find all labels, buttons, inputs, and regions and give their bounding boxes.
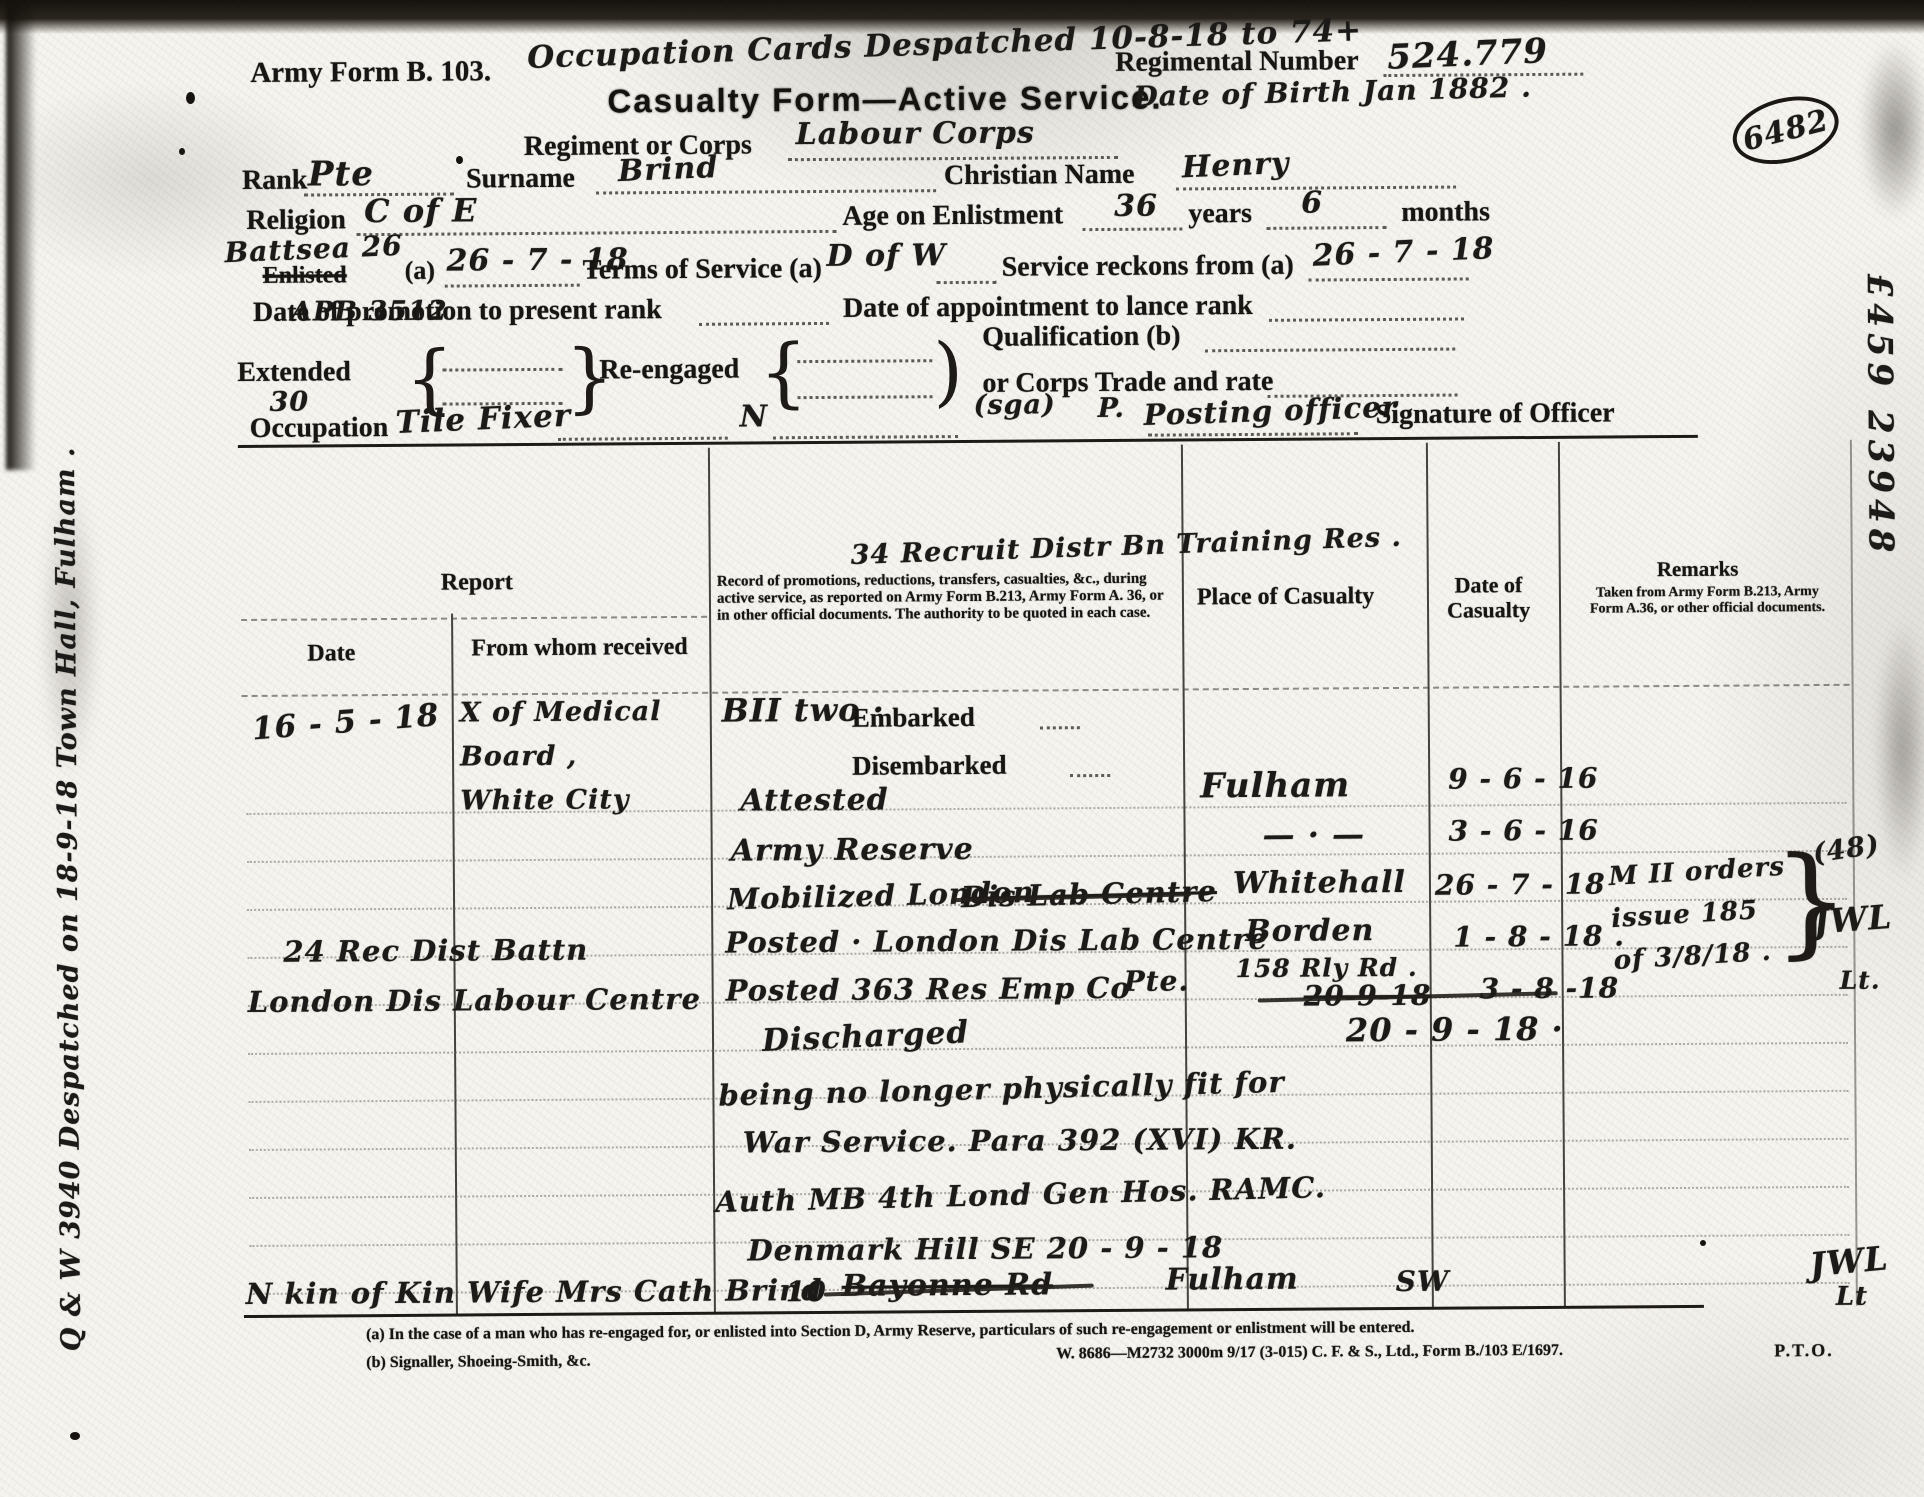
posted1-date: 1 - 8 - 18 .: [1453, 919, 1625, 953]
embarked-label: Embarked: [852, 702, 975, 734]
from2-line2: London Dis Labour Centre: [248, 982, 701, 1019]
dotted-leader: [1269, 316, 1464, 321]
christian-name-label: Christian Name: [944, 159, 1135, 192]
lance-rank-label: Date of appointment to lance rank: [843, 290, 1253, 325]
reason-line1: being no longer physically fit for: [718, 1065, 1285, 1113]
age-on-enlistment-label: Age on Enlistment: [842, 199, 1063, 233]
christian-name-value: Henry: [1181, 146, 1290, 185]
row1-from: X of Medical Board , White City: [460, 690, 663, 823]
row-rule: [248, 1042, 1848, 1055]
stamp-6482: 6482: [1725, 86, 1846, 175]
posted1-place: Borden: [1245, 913, 1374, 949]
nok-part2: Fulham: [1166, 1262, 1299, 1298]
age-months-value: 6: [1301, 185, 1323, 220]
dotted-leader: [1148, 431, 1358, 436]
right-margin-note: £459 23948: [1859, 273, 1903, 793]
date-casualty-column-header: Date of Casualty: [1447, 572, 1530, 623]
rank-label: Rank: [242, 165, 308, 197]
dotted-leader: [937, 280, 997, 284]
dotted-leader: [798, 394, 933, 399]
dotted-leader: [1082, 226, 1182, 231]
extended-label: Extended: [237, 356, 351, 389]
dotted-leader: [797, 358, 932, 363]
mobilized-place: Whitehall: [1233, 865, 1406, 901]
surname-label: Surname: [466, 163, 575, 196]
footnote-b: (b) Signaller, Shoeing-Smith, &c.: [366, 1353, 590, 1373]
dotted-leader: [1309, 276, 1469, 281]
posting-officer-note: Posting officer: [1143, 390, 1398, 432]
remarks-column-header: Remarks: [1657, 557, 1739, 583]
bottom-signature: JWL: [1808, 1238, 1890, 1284]
dotted-leader: [1070, 773, 1110, 777]
from-column-header: From whom received: [471, 634, 688, 663]
table-vline-place-date: [1426, 443, 1434, 1309]
date-column-header: Date: [307, 640, 355, 667]
row1-date: 16 - 5 - 18: [251, 697, 441, 747]
place-column-header: Place of Casualty: [1197, 583, 1374, 611]
occupation-value: Tile Fixer: [395, 398, 572, 441]
form-title: Casualty Form—Active Service.: [607, 79, 1162, 121]
sga-note: (sga): [973, 389, 1055, 421]
surname-value: Brind: [617, 150, 719, 189]
print-imprint: W. 8686—M2732 3000m 9/17 (3-015) C. F. &…: [1056, 1342, 1563, 1364]
from2-line1: 24 Rec Dist Battn: [283, 933, 588, 969]
terms-value: D of W: [826, 238, 946, 274]
table-vline-from-record: [708, 448, 716, 1314]
terms-of-service-label: Terms of Service (a): [583, 253, 822, 287]
dotted-leader: [773, 434, 958, 439]
bottom-signature-rank: Lt: [1836, 1282, 1869, 1312]
army-reserve-date: 3 - 6 - 16: [1448, 814, 1598, 848]
auth-line: Auth MB 4th Lond Gen Hos. RAMC.: [715, 1170, 1327, 1219]
reengaged-close-brace: ): [933, 326, 963, 415]
rank-value: Pte: [308, 154, 374, 194]
scanned-army-form-b103: Army Form B. 103. Occupation Cards Despa…: [0, 0, 1924, 1497]
posted2-date: 3 - 8 -18: [1480, 971, 1620, 1005]
posted2-record: Posted 363 Res Emp Co: [726, 971, 1131, 1008]
nok-part1: N kin of Kin Wife Mrs Cath Brind: [246, 1273, 823, 1311]
posted2-rank: Pte.: [1124, 964, 1190, 997]
nok-part3: SW: [1396, 1265, 1450, 1298]
army-reserve-place: — · —: [1262, 815, 1365, 854]
service-reckons-label: Service reckons from (a): [1002, 250, 1294, 284]
dotted-leader: [442, 367, 562, 372]
pto-label: P.T.O.: [1774, 1340, 1834, 1361]
report-header: Report: [441, 569, 513, 597]
remarks-lt: Lt.: [1840, 966, 1881, 995]
record-column-header: Record of promotions, reductions, transf…: [717, 571, 1172, 625]
footnote-a: (a) In the case of a man who has re-enga…: [366, 1319, 1415, 1344]
remarks-note: M II orders issue 185 of 3/8/18 .: [1608, 846, 1791, 982]
dotted-leader: [596, 188, 936, 194]
age-years-value: 36: [1114, 189, 1158, 224]
reengaged-label: Re-engaged: [599, 354, 739, 387]
denmark-line: Denmark Hill SE 20 - 9 - 18: [747, 1230, 1223, 1267]
left-margin-note: Q & W 3940 Despatched on 18-9-18 Town Ha…: [50, 451, 87, 1351]
dotted-leader: [1040, 725, 1080, 729]
report-divider: [241, 616, 707, 621]
occupation-n-note: N: [740, 399, 769, 434]
occupation-label: Occupation: [250, 412, 389, 445]
remarks-signature: JWL: [1812, 897, 1894, 942]
dotted-leader: [1205, 347, 1455, 353]
reckons-value: 26 - 7 - 18: [1312, 231, 1495, 274]
table-top-note: 34 Recruit Distr Bn Training Res .: [850, 522, 1402, 571]
disembarked-label: Disembarked: [852, 750, 1007, 782]
remarks-column-subheader: Taken from Army Form B.213, Army Form A.…: [1585, 584, 1830, 618]
attested-record: Attested: [740, 783, 889, 819]
months-label: months: [1401, 196, 1490, 229]
form-number: Army Form B. 103.: [250, 55, 491, 90]
table-vline-right-edge: [1850, 440, 1858, 1306]
discharged-date: 20 - 9 - 18 ·: [1346, 1010, 1564, 1050]
attested-date: 9 - 6 - 16: [1448, 762, 1598, 796]
qualification-label: Qualification (b): [982, 320, 1181, 353]
army-reserve-record: Army Reserve: [731, 832, 974, 869]
religion-value: C of E: [364, 191, 478, 230]
enlisted-a-mark: (a): [405, 256, 436, 286]
p-note: P.: [1098, 393, 1125, 424]
dotted-leader: [1266, 225, 1386, 230]
years-label: years: [1188, 198, 1252, 230]
dotted-leader: [699, 321, 829, 326]
posted1-record: Posted · London Dis Lab Centre: [725, 922, 1268, 960]
mobilized-date: 26 - 7 - 18: [1435, 868, 1606, 902]
signature-of-officer-label: Signature of Officer: [1376, 397, 1615, 431]
reason-line2: War Service. Para 392 (XVI) KR.: [743, 1122, 1297, 1160]
stamp-number: 6482: [1739, 102, 1832, 158]
attested-place: Fulham: [1200, 765, 1350, 806]
regimental-number-label: Regimental Number: [1115, 45, 1359, 79]
discharged-record: Discharged: [761, 1014, 969, 1059]
dotted-leader: [558, 436, 728, 441]
promotion-label: Date of promotion to present rank: [253, 294, 662, 329]
dotted-leader: [356, 229, 836, 236]
regiment-value: Labour Corps: [796, 115, 1035, 152]
enlisted-label-struck: Enlisted: [263, 262, 347, 290]
dotted-leader: [445, 283, 580, 288]
nok-no: 10: [786, 1275, 827, 1308]
